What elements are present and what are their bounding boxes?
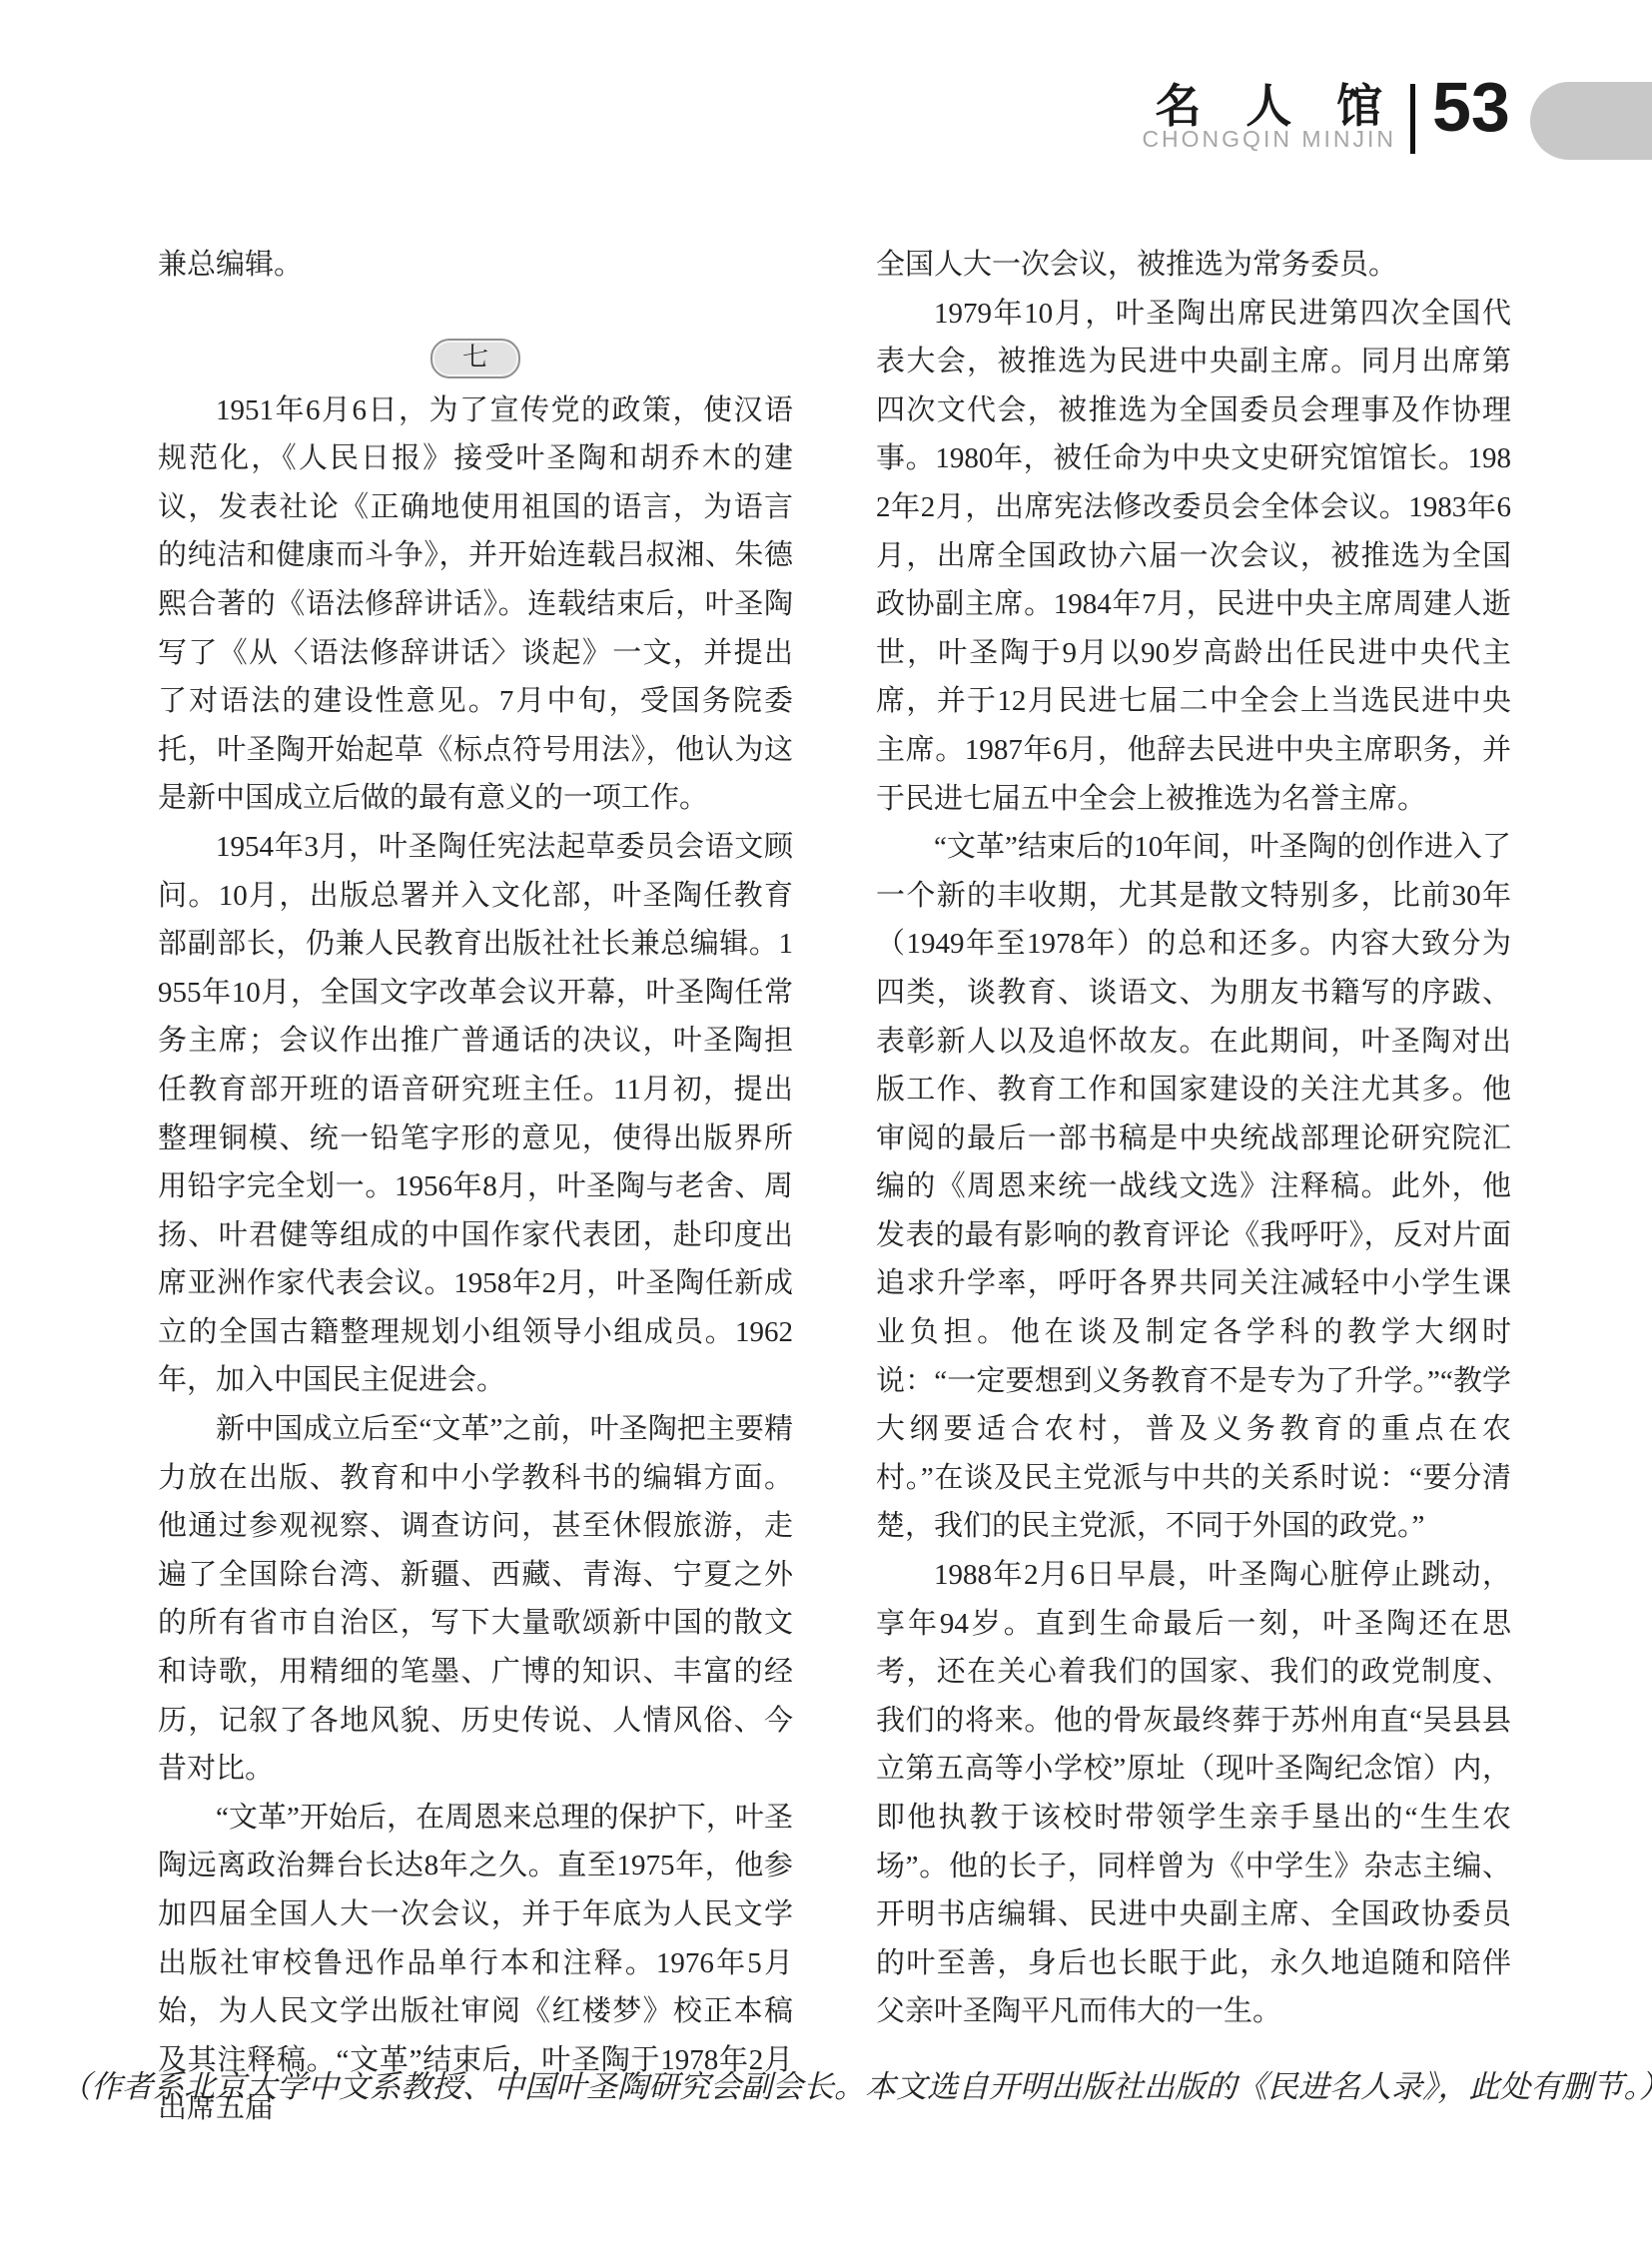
page-number: 53: [1432, 72, 1510, 142]
section-subtitle: CHONGQIN MINJIN: [1142, 126, 1396, 153]
section-marker: 七: [430, 339, 520, 378]
paragraph: 新中国成立后至“文革”之前，叶圣陶把主要精力放在出版、教育和中小学教科书的编辑方…: [158, 1405, 793, 1794]
paragraph: 1979年10月，叶圣陶出席民进第四次全国代表大会，被推选为民进中央副主席。同月…: [876, 290, 1511, 824]
paragraph: “文革”结束后的10年间，叶圣陶的创作进入了一个新的丰收期，尤其是散文特别多，比…: [876, 823, 1511, 1551]
paragraph: 1954年3月，叶圣陶任宪法起草委员会语文顾问。10月，出版总署并入文化部，叶圣…: [158, 823, 793, 1405]
right-column: 全国人大一次会议，被推选为常务委员。 1979年10月，叶圣陶出席民进第四次全国…: [876, 241, 1511, 2036]
right-carryover-line: 全国人大一次会议，被推选为常务委员。: [876, 241, 1511, 290]
magazine-page: 名 人 馆 CHONGQIN MINJIN 53 兼总编辑。 七 1951年6月…: [0, 0, 1652, 2241]
left-carryover-line: 兼总编辑。: [158, 241, 793, 290]
paragraph: 1988年2月6日早晨，叶圣陶心脏停止跳动，享年94岁。直到生命最后一刻，叶圣陶…: [876, 1551, 1511, 2036]
paragraph: 1951年6月6日，为了宣传党的政策，使汉语规范化，《人民日报》接受叶圣陶和胡乔…: [158, 386, 793, 823]
header-divider: [1410, 84, 1415, 154]
section-marker-label: 七: [462, 334, 488, 382]
section-marker-row: 七: [158, 290, 793, 386]
header-accent-block: [1530, 82, 1652, 160]
left-column: 兼总编辑。 七 1951年6月6日，为了宣传党的政策，使汉语规范化，《人民日报》…: [158, 241, 793, 2133]
author-note: （作者系北京大学中文系教授、中国叶圣陶研究会副会长。本文选自开明出版社出版的《民…: [60, 2061, 1592, 2106]
